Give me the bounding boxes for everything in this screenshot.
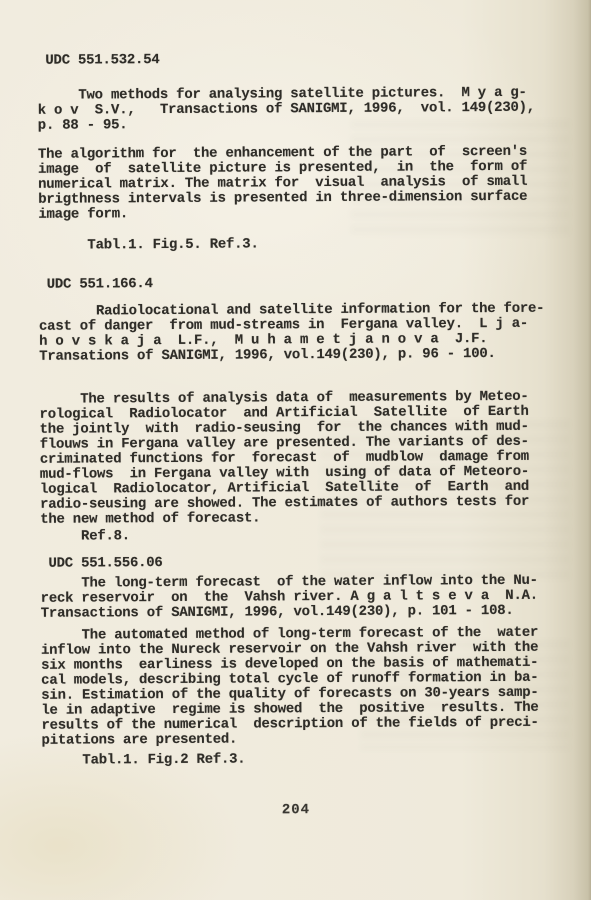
page-number: 204 xyxy=(42,802,550,820)
udc-code: UDC 551.532.54 xyxy=(45,51,553,69)
entry-refs: Tabl.1. Fig.5. Ref.3. xyxy=(38,236,554,254)
entry-abstract: The automated method of long-term foreca… xyxy=(41,626,558,749)
entry-refs: Tabl.1. Fig.2 Ref.3. xyxy=(42,751,558,769)
entry-abstract: The algorithm for the enhancement of the… xyxy=(38,145,554,223)
scanned-page: UDC 551.532.54 Two methods for analysing… xyxy=(0,0,591,900)
entry-abstract: The results of analysis data of measurem… xyxy=(39,390,556,528)
entry-title: The long-term forecast of the water infl… xyxy=(41,574,557,622)
entry-title: Two methods for analysing satellite pict… xyxy=(38,86,554,134)
page-content: UDC 551.532.54 Two methods for analysing… xyxy=(0,0,558,820)
abstract-entry-1: UDC 551.532.54 Two methods for analysing… xyxy=(37,51,554,254)
entry-title: Radiolocational and satellite informatio… xyxy=(39,302,555,365)
udc-code: UDC 551.556.06 xyxy=(48,554,556,572)
abstract-entry-2: UDC 551.166.4 Radiolocational and satell… xyxy=(39,275,557,545)
udc-code: UDC 551.166.4 xyxy=(47,275,555,293)
entry-refs: Ref.8. xyxy=(40,527,556,545)
abstract-entry-3: UDC 551.556.06 The long-term forecast of… xyxy=(40,554,557,769)
